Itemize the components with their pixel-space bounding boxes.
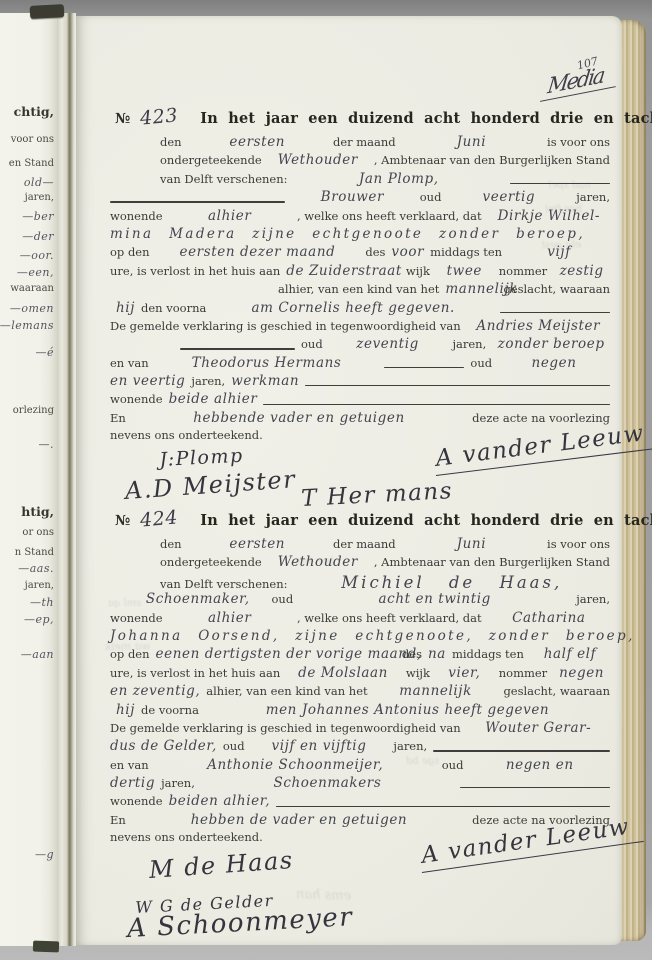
binding-clasp-top-icon bbox=[30, 4, 65, 19]
handwritten-segment: Wethouder bbox=[268, 152, 368, 168]
facing-page-text-fragment: —th bbox=[30, 596, 54, 609]
printed-segment: ure, is verlost in het huis aan bbox=[110, 264, 280, 278]
act-line: Enhebbende vader en getuigendeze acte na… bbox=[110, 410, 612, 428]
facing-page-text-fragment: waaraan bbox=[10, 283, 54, 294]
printed-segment: oud bbox=[420, 190, 442, 204]
printed-segment: van Delft verschenen: bbox=[160, 172, 288, 186]
printed-segment: nevens ons onderteekend. bbox=[110, 428, 263, 442]
printed-segment: is voor ons bbox=[547, 537, 610, 551]
handwritten-segment: hebbende vader en getuigen bbox=[132, 410, 466, 426]
act-number: 424 bbox=[139, 506, 179, 531]
pen-stroke bbox=[276, 806, 610, 807]
handwritten-segment: negen bbox=[553, 665, 610, 681]
pen-stroke bbox=[500, 312, 610, 313]
pen-stroke bbox=[305, 385, 610, 386]
printed-segment: wonende bbox=[110, 392, 163, 406]
handwritten-segment: negen en bbox=[469, 757, 610, 773]
handwritten-segment: eenen dertigsten der vorige maand, bbox=[156, 646, 396, 662]
facing-page-text-fragment: —g bbox=[35, 848, 54, 861]
printed-segment: de voorna bbox=[141, 703, 199, 717]
printed-segment: ure, is verlost in het huis aan bbox=[110, 666, 280, 680]
printed-segment: ondergeteekende bbox=[160, 153, 262, 167]
facing-page-text-fragment: orlezing bbox=[13, 405, 54, 416]
printed-segment: jaren, bbox=[452, 337, 486, 351]
printed-segment: nommer bbox=[499, 264, 547, 278]
printed-segment: des bbox=[365, 245, 385, 259]
handwritten-segment: Andries Meijster bbox=[467, 318, 610, 334]
handwritten-segment: voor bbox=[391, 244, 424, 260]
facing-page-text-fragment: old— bbox=[24, 176, 54, 189]
printed-segment: ondergeteekende bbox=[160, 555, 262, 569]
handwritten-segment: vier, bbox=[436, 665, 493, 681]
act-number-symbol: № bbox=[115, 513, 130, 529]
handwritten-segment: negen bbox=[498, 355, 610, 371]
pen-stroke bbox=[460, 787, 610, 788]
facing-page-text-fragment: en Stand bbox=[9, 158, 54, 169]
handwritten-segment: hebben de vader en getuigen bbox=[132, 812, 466, 828]
printed-segment: des bbox=[402, 647, 422, 661]
printed-segment: jaren, bbox=[576, 190, 610, 204]
handwritten-segment: de Molslaan bbox=[286, 665, 400, 681]
act-line: op deneenen dertigsten der vorige maand,… bbox=[110, 646, 612, 664]
handwritten-segment: en zeventig, bbox=[110, 683, 200, 699]
left-page-edge: chtig,voor onsen Standold—jaren,—ber—der… bbox=[0, 13, 57, 946]
act-line: hijde voornamen Johannes Antonius heeft … bbox=[116, 702, 612, 720]
printed-segment: jaren, bbox=[393, 739, 427, 753]
printed-segment: op den bbox=[110, 245, 150, 259]
handwritten-segment: mannelijk bbox=[374, 683, 498, 699]
facing-page-text-fragment: —omen bbox=[10, 302, 54, 315]
act-line: oudzeventigjaren,zonder beroep bbox=[180, 336, 612, 354]
act-body: deneerstender maandJuniis voor onsonderg… bbox=[110, 134, 612, 447]
handwritten-segment: hij bbox=[116, 300, 135, 316]
pen-stroke bbox=[384, 367, 464, 368]
printed-segment: alhier, van een kind van het bbox=[206, 684, 367, 698]
printed-segment: der maand bbox=[333, 537, 396, 551]
act-year-header: In het jaar een duizend acht honderd dri… bbox=[200, 110, 652, 127]
handwritten-segment: vijf en vijftig bbox=[251, 738, 388, 754]
handwritten-segment: acht en twintig bbox=[299, 591, 570, 607]
handwritten-segment: beide alhier bbox=[169, 391, 258, 407]
act-year-header: In het jaar een duizend acht honderd dri… bbox=[200, 512, 652, 529]
printed-segment: nevens ons onderteekend. bbox=[110, 830, 263, 844]
printed-segment: En bbox=[110, 813, 126, 827]
handwritten-segment: alhier bbox=[169, 208, 291, 224]
printed-segment: wonende bbox=[110, 611, 163, 625]
handwritten-segment: half elf bbox=[530, 646, 610, 662]
handwritten-segment: Juni bbox=[402, 536, 541, 552]
act-line: wonendealhier, welke ons heeft verklaard… bbox=[110, 610, 612, 628]
act-line: en vanTheodorus Hermansoudnegen bbox=[110, 355, 612, 373]
handwritten-segment: alhier bbox=[169, 610, 291, 626]
act-line: wonendebeide alhier bbox=[110, 391, 612, 409]
handwritten-segment: Juni bbox=[402, 134, 541, 150]
act-line: van Delft verschenen:Michiel de Haas, bbox=[160, 573, 612, 591]
printed-segment: , welke ons heeft verklaard, dat bbox=[297, 209, 482, 223]
printed-segment: jaren, bbox=[576, 592, 610, 606]
act-body: deneerstender maandJuniis voor onsonderg… bbox=[110, 536, 612, 849]
printed-segment: wijk bbox=[406, 666, 430, 680]
facing-page-text-fragment: voor ons bbox=[11, 134, 54, 145]
act-number: 423 bbox=[139, 104, 179, 129]
printed-segment: op den bbox=[110, 647, 150, 661]
act-line: dertigjaren,Schoenmakers bbox=[110, 775, 612, 793]
printed-segment: jaren, bbox=[161, 776, 195, 790]
handwritten-segment: zestig bbox=[553, 263, 610, 279]
facing-page-text-fragment: —é bbox=[35, 346, 54, 359]
handwritten-segment: Wouter Gerar- bbox=[467, 720, 610, 736]
printed-segment: jaren, bbox=[191, 374, 225, 388]
handwritten-segment: Schoenmaker, bbox=[130, 591, 266, 607]
facing-page-text-fragment: —ber bbox=[22, 210, 54, 223]
printed-segment: en van bbox=[110, 758, 149, 772]
facing-page-text-fragment: —aas. bbox=[18, 562, 54, 575]
handwritten-segment: Jan Plomp, bbox=[294, 171, 505, 187]
book-gutter bbox=[57, 13, 76, 946]
act-line: mina Madera zijne echtgenoote zonder ber… bbox=[110, 226, 612, 244]
handwritten-segment: Michiel de Haas, bbox=[294, 573, 611, 592]
printed-segment: middags ten bbox=[452, 647, 524, 661]
act-line: ure, is verlost in het huis aande Molsla… bbox=[110, 665, 612, 683]
handwritten-segment: Johanna Oorsend, zijne echtgenoote, zond… bbox=[110, 628, 635, 644]
printed-segment: oud bbox=[442, 758, 464, 772]
facing-page-text-fragment: n Stand bbox=[15, 547, 54, 558]
printed-segment: deze acte na voorlezing bbox=[472, 411, 610, 425]
handwritten-segment: Brouwer bbox=[291, 189, 414, 205]
facing-page-text-fragment: —lemans bbox=[0, 319, 54, 332]
facing-page-text-fragment: —der bbox=[22, 230, 54, 243]
act-line: wonendealhier, welke ons heeft verklaard… bbox=[110, 208, 612, 226]
printed-segment: alhier, van een kind van het bbox=[278, 282, 439, 296]
act-header: № 423 In het jaar een duizend acht honde… bbox=[110, 106, 612, 134]
handwritten-segment: zonder beroep bbox=[492, 336, 610, 352]
printed-segment: van Delft verschenen: bbox=[160, 577, 288, 591]
printed-segment: den bbox=[160, 135, 182, 149]
birth-act-424: № 424 In het jaar een duizend acht honde… bbox=[76, 508, 622, 849]
facing-page-text-fragment: chtig, bbox=[14, 104, 54, 119]
act-header: № 424 In het jaar een duizend acht honde… bbox=[110, 508, 612, 536]
register-scan: chtig,voor onsen Standold—jaren,—ber—der… bbox=[0, 0, 652, 960]
printed-segment: is voor ons bbox=[547, 135, 610, 149]
act-line: ondergeteekendeWethouder, Ambtenaar van … bbox=[160, 554, 612, 572]
handwritten-segment: beiden alhier, bbox=[169, 793, 271, 809]
printed-segment: oud bbox=[272, 592, 294, 606]
handwritten-segment: dertig bbox=[110, 775, 155, 791]
printed-segment: nommer bbox=[499, 666, 547, 680]
facing-page-text-fragment: htig, bbox=[21, 504, 54, 519]
birth-act-423: № 423 In het jaar een duizend acht honde… bbox=[76, 106, 622, 447]
printed-segment: De gemelde verklaring is geschied in teg… bbox=[110, 721, 461, 735]
act-line: van Delft verschenen:Jan Plomp, bbox=[160, 171, 612, 189]
act-line: De gemelde verklaring is geschied in teg… bbox=[110, 720, 612, 738]
pen-stroke bbox=[263, 404, 610, 405]
handwritten-segment: Schoenmakers bbox=[201, 775, 454, 791]
act-line: ure, is verlost in het huis aande Zuider… bbox=[110, 263, 612, 281]
binding-clasp-bottom-icon bbox=[33, 941, 59, 953]
act-line: alhier, van een kind van hetmannelijkges… bbox=[278, 281, 612, 299]
act-line: en zeventig,alhier, van een kind van het… bbox=[110, 683, 612, 701]
act-line: hijden voornaam Cornelis heeft gegeven. bbox=[116, 300, 612, 318]
act-line: deneerstender maandJuniis voor ons bbox=[160, 134, 612, 152]
printed-segment: wonende bbox=[110, 209, 163, 223]
handwritten-segment: Catharina bbox=[488, 610, 610, 626]
handwritten-segment: vijf bbox=[508, 244, 610, 260]
handwritten-segment: Dirkje Wilhel- bbox=[488, 208, 610, 224]
handwritten-segment: zeventig bbox=[329, 336, 447, 352]
act-line: en vanAnthonie Schoonmeijer,oudnegen en bbox=[110, 757, 612, 775]
handwritten-segment: werkman bbox=[231, 373, 299, 389]
page-stack-edge bbox=[618, 20, 646, 941]
act-line: op deneersten dezer maanddesvoormiddags … bbox=[110, 244, 612, 262]
printed-segment: , Ambtenaar van den Burgerlijken Stand bbox=[374, 555, 610, 569]
handwritten-segment: mannelijk bbox=[445, 281, 497, 297]
handwritten-segment: de Zuiderstraat bbox=[286, 263, 400, 279]
printed-segment: den voorna bbox=[141, 301, 206, 315]
handwritten-segment: eersten dezer maand bbox=[156, 244, 360, 260]
handwritten-segment: Theodorus Hermans bbox=[155, 355, 379, 371]
printed-segment: oud bbox=[470, 356, 492, 370]
handwritten-segment: en veertig bbox=[110, 373, 185, 389]
handwritten-segment: veertig bbox=[447, 189, 570, 205]
act-number-symbol: № bbox=[115, 111, 130, 127]
printed-segment: middags ten bbox=[430, 245, 502, 259]
signature: J:Plomp bbox=[159, 445, 244, 471]
facing-page-text-fragment: —oor. bbox=[20, 249, 54, 262]
handwritten-segment: na bbox=[428, 646, 446, 662]
printed-segment: geslacht, waaraan bbox=[503, 282, 610, 296]
printed-segment: geslacht, waaraan bbox=[503, 684, 610, 698]
handwritten-segment: Anthonie Schoonmeijer, bbox=[155, 757, 436, 773]
handwritten-segment: dus de Gelder, bbox=[110, 738, 217, 754]
printed-segment: oud bbox=[223, 739, 245, 753]
act-line: en veertigjaren,werkman bbox=[110, 373, 612, 391]
printed-segment: en van bbox=[110, 356, 149, 370]
facing-page-text-fragment: —een, bbox=[17, 266, 54, 279]
act-line: Schoenmaker,oudacht en twintigjaren, bbox=[130, 591, 612, 609]
printed-segment: oud bbox=[301, 337, 323, 351]
printed-segment: En bbox=[110, 411, 126, 425]
printed-segment: wijk bbox=[406, 264, 430, 278]
pen-stroke bbox=[433, 750, 610, 751]
act-line: De gemelde verklaring is geschied in teg… bbox=[110, 318, 612, 336]
handwritten-segment: Wethouder bbox=[268, 554, 368, 570]
handwritten-segment: hij bbox=[116, 702, 135, 718]
handwritten-segment: eersten bbox=[188, 134, 327, 150]
facing-page-text-fragment: jaren, bbox=[25, 580, 54, 591]
facing-page-text-fragment: —aan bbox=[21, 648, 54, 661]
pen-stroke bbox=[510, 183, 610, 184]
act-line: deneerstender maandJuniis voor ons bbox=[160, 536, 612, 554]
handwritten-segment: men Johannes Antonius heeft gegeven bbox=[205, 702, 610, 718]
facing-page-text-fragment: —ep, bbox=[24, 613, 54, 626]
facing-page-text-fragment: or ons bbox=[22, 527, 54, 538]
act-line: Johanna Oorsend, zijne echtgenoote, zond… bbox=[110, 628, 612, 646]
printed-segment: wonende bbox=[110, 794, 163, 808]
act-line: dus de Gelder,oudvijf en vijftigjaren, bbox=[110, 738, 612, 756]
act-line: ondergeteekendeWethouder, Ambtenaar van … bbox=[160, 152, 612, 170]
printed-segment: der maand bbox=[333, 135, 396, 149]
printed-segment: , Ambtenaar van den Burgerlijken Stand bbox=[374, 153, 610, 167]
handwritten-segment: eersten bbox=[188, 536, 327, 552]
facing-page-text-fragment: jaren, bbox=[25, 192, 54, 203]
facing-page-text-fragment: —. bbox=[39, 438, 55, 451]
ink-bleedthrough: ems han bbox=[296, 887, 352, 904]
handwritten-segment: am Cornelis heeft gegeven. bbox=[212, 300, 494, 316]
printed-segment: den bbox=[160, 537, 182, 551]
act-line: wonendebeiden alhier, bbox=[110, 793, 612, 811]
pen-stroke bbox=[180, 348, 295, 349]
handwritten-segment: twee bbox=[436, 263, 493, 279]
handwritten-segment: mina Madera zijne echtgenoote zonder ber… bbox=[110, 226, 585, 242]
printed-segment: , welke ons heeft verklaard, dat bbox=[297, 611, 482, 625]
pen-stroke bbox=[110, 201, 285, 202]
act-line: Brouweroudveertigjaren, bbox=[110, 189, 612, 207]
printed-segment: De gemelde verklaring is geschied in teg… bbox=[110, 319, 461, 333]
